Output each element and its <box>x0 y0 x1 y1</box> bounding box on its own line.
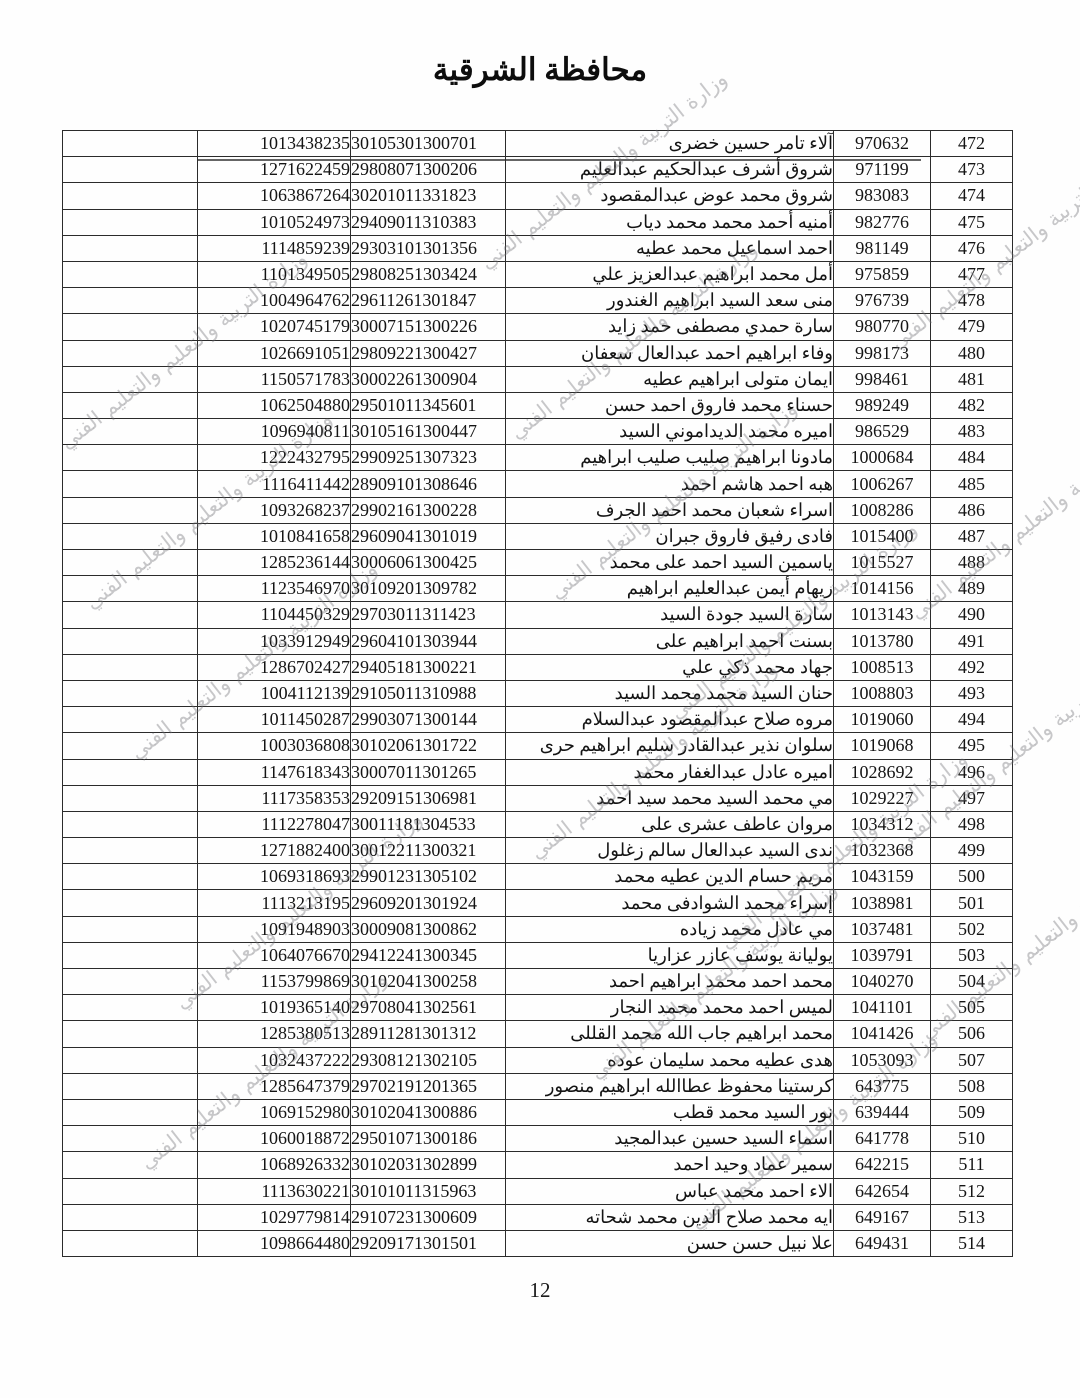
code-cell: 1014156 <box>834 576 931 602</box>
code-cell: 981149 <box>834 235 931 261</box>
code-cell: 1008513 <box>834 654 931 680</box>
national-id-cell: 29209171301501 <box>351 1230 506 1256</box>
name-cell: سمير عماد وحيد احمد <box>506 1152 834 1178</box>
national-id-cell: 30109201309782 <box>351 576 506 602</box>
filler-cell <box>63 235 198 261</box>
code-cell: 1028692 <box>834 759 931 785</box>
serial-cell: 495 <box>931 733 1013 759</box>
serial-cell: 506 <box>931 1021 1013 1047</box>
serial-cell: 497 <box>931 785 1013 811</box>
number-cell: 1069152980 <box>198 1099 351 1125</box>
serial-cell: 474 <box>931 183 1013 209</box>
filler-cell <box>63 1178 198 1204</box>
filler-cell <box>63 707 198 733</box>
serial-cell: 514 <box>931 1230 1013 1256</box>
table-row: 101084165829609041301019فادى رفيق فاروق … <box>63 523 1013 549</box>
table-row: 115057178330002261300904ايمان متولى ابرا… <box>63 366 1013 392</box>
table-row: 128538051328911281301312محمد ابراهيم جاب… <box>63 1021 1013 1047</box>
national-id-cell: 29405181300221 <box>351 654 506 680</box>
number-cell: 1114859239 <box>198 235 351 261</box>
name-cell: مي عادل محمد زياده <box>506 916 834 942</box>
table-row: 110445032929703011311423سارة السيد جودة … <box>63 602 1013 628</box>
serial-cell: 489 <box>931 576 1013 602</box>
code-cell: 975859 <box>834 261 931 287</box>
filler-cell <box>63 654 198 680</box>
number-cell: 1098664480 <box>198 1230 351 1256</box>
table-row: 128564737929702191201365كرستينا محفوظ عط… <box>63 1073 1013 1099</box>
filler-cell <box>63 733 198 759</box>
table-row: 111735835329209151306981مي محمد السيد مح… <box>63 785 1013 811</box>
serial-cell: 492 <box>931 654 1013 680</box>
number-cell: 1123546970 <box>198 576 351 602</box>
name-cell: إسراء محمد الشوادفى محمد <box>506 890 834 916</box>
name-cell: اسراء شعبان محمد احمد الجرف <box>506 497 834 523</box>
filler-cell <box>63 1073 198 1099</box>
table-row: 111485923929303101301356احمد اسماعيل محم… <box>63 235 1013 261</box>
filler-cell <box>63 759 198 785</box>
national-id-cell: 29902161300228 <box>351 497 506 523</box>
national-id-cell: 29808071300206 <box>351 157 506 183</box>
serial-cell: 480 <box>931 340 1013 366</box>
name-cell: علا نبيل حسن حسن <box>506 1230 834 1256</box>
national-id-cell: 29903071300144 <box>351 707 506 733</box>
number-cell: 1020745179 <box>198 314 351 340</box>
name-cell: شروق محمد عوض عبدالمقصود <box>506 183 834 209</box>
national-id-cell: 29611261301847 <box>351 288 506 314</box>
code-cell: 1053093 <box>834 1047 931 1073</box>
name-cell: احمد اسماعيل محمد عطيه <box>506 235 834 261</box>
name-cell: منى سعد السيد ابراهيم الغندور <box>506 288 834 314</box>
filler-cell <box>63 1230 198 1256</box>
number-cell: 1069318693 <box>198 864 351 890</box>
name-cell: مي محمد السيد محمد سيد احمد <box>506 785 834 811</box>
national-id-cell: 30102041300886 <box>351 1099 506 1125</box>
number-cell: 1093268237 <box>198 497 351 523</box>
national-id-cell: 30102031302899 <box>351 1152 506 1178</box>
national-id-cell: 29609201301924 <box>351 890 506 916</box>
number-cell: 1113630221 <box>198 1178 351 1204</box>
number-cell: 1013438235 <box>198 131 351 157</box>
serial-cell: 498 <box>931 811 1013 837</box>
national-id-cell: 28911281301312 <box>351 1021 506 1047</box>
table-row: 101936514029708041302561لميس احمد محمد م… <box>63 995 1013 1021</box>
filler-cell <box>63 1021 198 1047</box>
national-id-cell: 30102061301722 <box>351 733 506 759</box>
number-cell: 1063867264 <box>198 183 351 209</box>
code-cell: 980770 <box>834 314 931 340</box>
code-cell: 1013143 <box>834 602 931 628</box>
table-row: 102669105129809221300427وفاء ابراهيم احم… <box>63 340 1013 366</box>
table-row: 106931869329901231305102مريم حسام الدين … <box>63 864 1013 890</box>
table-row: 106407667029412241300345يوليانة يوسف عاز… <box>63 942 1013 968</box>
number-cell: 1116411442 <box>198 471 351 497</box>
serial-cell: 496 <box>931 759 1013 785</box>
serial-cell: 503 <box>931 942 1013 968</box>
national-id-cell: 30009081300862 <box>351 916 506 942</box>
serial-cell: 504 <box>931 969 1013 995</box>
table-row: 128523614430006061300425ياسمين السيد احم… <box>63 550 1013 576</box>
filler-cell <box>63 471 198 497</box>
name-cell: محمد احمد محمد ابراهيم احمد <box>506 969 834 995</box>
serial-cell: 488 <box>931 550 1013 576</box>
number-cell: 1271882400 <box>198 838 351 864</box>
code-cell: 642654 <box>834 1178 931 1204</box>
filler-cell <box>63 340 198 366</box>
name-cell: جهاد محمد ذكي علي <box>506 654 834 680</box>
table-row: 103243722229308121302105هدى عطيه محمد سل… <box>63 1047 1013 1073</box>
name-cell: ريهام أيمن عبدالعليم ابراهيم <box>506 576 834 602</box>
table-row: 106386726430201011331823شروق محمد عوض عب… <box>63 183 1013 209</box>
serial-cell: 482 <box>931 392 1013 418</box>
serial-cell: 499 <box>931 838 1013 864</box>
number-cell: 1096940811 <box>198 419 351 445</box>
filler-cell <box>63 183 198 209</box>
filler-cell <box>63 1047 198 1073</box>
name-cell: لميس احمد محمد محمد النجار <box>506 995 834 1021</box>
code-cell: 639444 <box>834 1099 931 1125</box>
name-cell: ايمان متولى ابراهيم عطيه <box>506 366 834 392</box>
code-cell: 982776 <box>834 209 931 235</box>
code-cell: 1038981 <box>834 890 931 916</box>
code-cell: 641778 <box>834 1126 931 1152</box>
national-id-cell: 30007011301265 <box>351 759 506 785</box>
serial-cell: 494 <box>931 707 1013 733</box>
number-cell: 1068926332 <box>198 1152 351 1178</box>
name-cell: وفاء ابراهيم احمد عبدالعال سعفان <box>506 340 834 366</box>
name-cell: مريم حسام الدين عطيه محمد <box>506 864 834 890</box>
national-id-cell: 30105301300701 <box>351 131 506 157</box>
national-id-cell: 30012211300321 <box>351 838 506 864</box>
code-cell: 1006267 <box>834 471 931 497</box>
filler-cell <box>63 1152 198 1178</box>
code-cell: 1029227 <box>834 785 931 811</box>
filler-cell <box>63 419 198 445</box>
name-cell: حسناء محمد فاروق احمد حسن <box>506 392 834 418</box>
national-id-cell: 30201011331823 <box>351 183 506 209</box>
number-cell: 1271622459 <box>198 157 351 183</box>
table-row: 103391294929604101303944بسنت احمد ابراهي… <box>63 628 1013 654</box>
table-row: 128670242729405181300221جهاد محمد ذكي عل… <box>63 654 1013 680</box>
national-id-cell: 29105011310988 <box>351 680 506 706</box>
serial-cell: 510 <box>931 1126 1013 1152</box>
table-row: 100411213929105011310988حنان السيد محمد … <box>63 680 1013 706</box>
table-row: 112354697030109201309782ريهام أيمن عبدال… <box>63 576 1013 602</box>
code-cell: 643775 <box>834 1073 931 1099</box>
number-cell: 1091948903 <box>198 916 351 942</box>
name-cell: هدى عطيه محمد سليمان عوده <box>506 1047 834 1073</box>
serial-cell: 512 <box>931 1178 1013 1204</box>
table-row: 106915298030102041300886نور السيد محمد ق… <box>63 1099 1013 1125</box>
filler-cell <box>63 1126 198 1152</box>
national-id-cell: 29809221300427 <box>351 340 506 366</box>
number-cell: 1286702427 <box>198 654 351 680</box>
serial-cell: 483 <box>931 419 1013 445</box>
national-id-cell: 29703011311423 <box>351 602 506 628</box>
national-id-cell: 29708041302561 <box>351 995 506 1021</box>
serial-cell: 485 <box>931 471 1013 497</box>
table-row: 111641144228909101308646هبه احمد هاشم اح… <box>63 471 1013 497</box>
national-id-cell: 29303101301356 <box>351 235 506 261</box>
number-cell: 1150571783 <box>198 366 351 392</box>
national-id-cell: 29412241300345 <box>351 942 506 968</box>
name-cell: كرستينا محفوظ عطاالله ابراهيم منصور <box>506 1073 834 1099</box>
name-cell: فادى رفيق فاروق جبران <box>506 523 834 549</box>
table-row: 101343823530105301300701آلاء تامر حسين خ… <box>63 131 1013 157</box>
table-row: 106892633230102031302899سمير عماد وحيد ا… <box>63 1152 1013 1178</box>
filler-cell <box>63 576 198 602</box>
filler-cell <box>63 916 198 942</box>
filler-cell <box>63 445 198 471</box>
serial-cell: 491 <box>931 628 1013 654</box>
national-id-cell: 28909101308646 <box>351 471 506 497</box>
table-row: 102977981429107231300609ايه محمد صلاح ال… <box>63 1204 1013 1230</box>
serial-cell: 507 <box>931 1047 1013 1073</box>
filler-cell <box>63 550 198 576</box>
name-cell: اسماء السيد حسين عبدالمجيد <box>506 1126 834 1152</box>
national-id-cell: 30102041300258 <box>351 969 506 995</box>
filler-cell <box>63 497 198 523</box>
filler-cell <box>63 942 198 968</box>
code-cell: 1039791 <box>834 942 931 968</box>
table-row: 122243279529909251307323مادونا ابراهيم ص… <box>63 445 1013 471</box>
number-cell: 1003036808 <box>198 733 351 759</box>
name-cell: مادونا ابراهيم صليب صليب ابراهيم <box>506 445 834 471</box>
code-cell: 998173 <box>834 340 931 366</box>
code-cell: 1032368 <box>834 838 931 864</box>
national-id-cell: 30011181304533 <box>351 811 506 837</box>
code-cell: 970632 <box>834 131 931 157</box>
number-cell: 1104450329 <box>198 602 351 628</box>
number-cell: 1117358353 <box>198 785 351 811</box>
number-cell: 1032437222 <box>198 1047 351 1073</box>
name-cell: اميره محمد الديداموني السيد <box>506 419 834 445</box>
number-cell: 1285380513 <box>198 1021 351 1047</box>
name-cell: آلاء تامر حسين خضرى <box>506 131 834 157</box>
code-cell: 986529 <box>834 419 931 445</box>
code-cell: 649167 <box>834 1204 931 1230</box>
code-cell: 1015527 <box>834 550 931 576</box>
national-id-cell: 29501071300186 <box>351 1126 506 1152</box>
national-id-cell: 29107231300609 <box>351 1204 506 1230</box>
name-cell: محمد ابراهيم جاب الله محمد القللى <box>506 1021 834 1047</box>
table-row: 111363022130101011315963الاء احمد محمد ع… <box>63 1178 1013 1204</box>
table-row: 109194890330009081300862مي عادل محمد زيا… <box>63 916 1013 942</box>
code-cell: 1015400 <box>834 523 931 549</box>
national-id-cell: 29702191201365 <box>351 1073 506 1099</box>
serial-cell: 477 <box>931 261 1013 287</box>
filler-cell <box>63 995 198 1021</box>
table-row: 109326823729902161300228اسراء شعبان محمد… <box>63 497 1013 523</box>
records-table: 101343823530105301300701آلاء تامر حسين خ… <box>62 130 1013 1257</box>
serial-cell: 481 <box>931 366 1013 392</box>
name-cell: ياسمين السيد احمد على محمد <box>506 550 834 576</box>
code-cell: 1019060 <box>834 707 931 733</box>
number-cell: 1062504880 <box>198 392 351 418</box>
table-row: 101145028729903071300144مروه صلاح عبدالم… <box>63 707 1013 733</box>
serial-cell: 484 <box>931 445 1013 471</box>
table-row: 127188240030012211300321ندى السيد عبدالع… <box>63 838 1013 864</box>
national-id-cell: 29609041301019 <box>351 523 506 549</box>
number-cell: 1004112139 <box>198 680 351 706</box>
name-cell: أمل محمد ابراهيم عبدالعزيز علي <box>506 261 834 287</box>
filler-cell <box>63 131 198 157</box>
number-cell: 1113213195 <box>198 890 351 916</box>
serial-cell: 476 <box>931 235 1013 261</box>
filler-cell <box>63 838 198 864</box>
serial-cell: 505 <box>931 995 1013 1021</box>
page-title: محافظة الشرقية <box>0 52 1080 88</box>
filler-cell <box>63 785 198 811</box>
national-id-cell: 29501011345601 <box>351 392 506 418</box>
table-row: 111227804730011181304533مروان عاطف عشرى … <box>63 811 1013 837</box>
serial-cell: 486 <box>931 497 1013 523</box>
code-cell: 1037481 <box>834 916 931 942</box>
table-row: 102074517930007151300226سارة حمدي مصطفى … <box>63 314 1013 340</box>
number-cell: 1033912949 <box>198 628 351 654</box>
code-cell: 1041101 <box>834 995 931 1021</box>
code-cell: 1013780 <box>834 628 931 654</box>
table-row: 127162245929808071300206شروق أشرف عبدالح… <box>63 157 1013 183</box>
serial-cell: 475 <box>931 209 1013 235</box>
name-cell: هبه احمد هاشم احمد <box>506 471 834 497</box>
name-cell: ايه محمد صلاح الدين محمد شحاته <box>506 1204 834 1230</box>
name-cell: مروه صلاح عبدالمقصود عبدالسلام <box>506 707 834 733</box>
filler-cell <box>63 969 198 995</box>
name-cell: نور السيد محمد قطب <box>506 1099 834 1125</box>
serial-cell: 473 <box>931 157 1013 183</box>
filler-cell <box>63 209 198 235</box>
national-id-cell: 29808251303424 <box>351 261 506 287</box>
serial-cell: 500 <box>931 864 1013 890</box>
code-cell: 976739 <box>834 288 931 314</box>
name-cell: سارة حمدي مصطفى حمد زايد <box>506 314 834 340</box>
serial-cell: 487 <box>931 523 1013 549</box>
national-id-cell: 30105161300447 <box>351 419 506 445</box>
number-cell: 1064076670 <box>198 942 351 968</box>
serial-cell: 493 <box>931 680 1013 706</box>
filler-cell <box>63 392 198 418</box>
name-cell: مروان عاطف عشرى على <box>506 811 834 837</box>
number-cell: 1029779814 <box>198 1204 351 1230</box>
filler-cell <box>63 366 198 392</box>
name-cell: سلوان نذير عبدالقادر سليم ابراهيم حرى <box>506 733 834 759</box>
records-table-body: 101343823530105301300701آلاء تامر حسين خ… <box>63 131 1013 1257</box>
filler-cell <box>63 288 198 314</box>
code-cell: 1040270 <box>834 969 931 995</box>
code-cell: 1043159 <box>834 864 931 890</box>
code-cell: 998461 <box>834 366 931 392</box>
serial-cell: 502 <box>931 916 1013 942</box>
code-cell: 971199 <box>834 157 931 183</box>
table-row: 109694081130105161300447اميره محمد الديد… <box>63 419 1013 445</box>
number-cell: 1019365140 <box>198 995 351 1021</box>
code-cell: 989249 <box>834 392 931 418</box>
national-id-cell: 29209151306981 <box>351 785 506 811</box>
number-cell: 1010524973 <box>198 209 351 235</box>
code-cell: 649431 <box>834 1230 931 1256</box>
table-row: 100496476229611261301847منى سعد السيد اب… <box>63 288 1013 314</box>
name-cell: ندى السيد عبدالعال سالم زغلول <box>506 838 834 864</box>
name-cell: شروق أشرف عبدالحكيم عبدالعليم <box>506 157 834 183</box>
national-id-cell: 29409011310383 <box>351 209 506 235</box>
number-cell: 1285236144 <box>198 550 351 576</box>
number-cell: 1222432795 <box>198 445 351 471</box>
number-cell: 1147618343 <box>198 759 351 785</box>
code-cell: 1008803 <box>834 680 931 706</box>
national-id-cell: 30007151300226 <box>351 314 506 340</box>
filler-cell <box>63 811 198 837</box>
number-cell: 1101349505 <box>198 261 351 287</box>
filler-cell <box>63 314 198 340</box>
code-cell: 1019068 <box>834 733 931 759</box>
number-cell: 1153799869 <box>198 969 351 995</box>
name-cell: حنان السيد محمد محمد السيد <box>506 680 834 706</box>
number-cell: 1011450287 <box>198 707 351 733</box>
national-id-cell: 29901231305102 <box>351 864 506 890</box>
table-row: 106250488029501011345601حسناء محمد فاروق… <box>63 392 1013 418</box>
name-cell: يوليانة يوسف عازر عزاريا <box>506 942 834 968</box>
national-id-cell: 29308121302105 <box>351 1047 506 1073</box>
number-cell: 1285647379 <box>198 1073 351 1099</box>
name-cell: سارة السيد جودة السيد <box>506 602 834 628</box>
serial-cell: 513 <box>931 1204 1013 1230</box>
table-row: 115379986930102041300258محمد احمد محمد ا… <box>63 969 1013 995</box>
serial-cell: 478 <box>931 288 1013 314</box>
serial-cell: 479 <box>931 314 1013 340</box>
filler-cell <box>63 1204 198 1230</box>
serial-cell: 472 <box>931 131 1013 157</box>
number-cell: 1112278047 <box>198 811 351 837</box>
filler-cell <box>63 628 198 654</box>
code-cell: 642215 <box>834 1152 931 1178</box>
number-cell: 1010841658 <box>198 523 351 549</box>
code-cell: 1008286 <box>834 497 931 523</box>
filler-cell <box>63 890 198 916</box>
filler-cell <box>63 157 198 183</box>
code-cell: 983083 <box>834 183 931 209</box>
table-row: 114761834330007011301265اميره عادل عبدال… <box>63 759 1013 785</box>
serial-cell: 511 <box>931 1152 1013 1178</box>
table-row: 109866448029209171301501علا نبيل حسن حسن… <box>63 1230 1013 1256</box>
filler-cell <box>63 261 198 287</box>
code-cell: 1000684 <box>834 445 931 471</box>
table-row: 111321319529609201301924إسراء محمد الشوا… <box>63 890 1013 916</box>
serial-cell: 508 <box>931 1073 1013 1099</box>
name-cell: الاء احمد محمد عباس <box>506 1178 834 1204</box>
code-cell: 1041426 <box>834 1021 931 1047</box>
national-id-cell: 29604101303944 <box>351 628 506 654</box>
national-id-cell: 30101011315963 <box>351 1178 506 1204</box>
code-cell: 1034312 <box>834 811 931 837</box>
number-cell: 1004964762 <box>198 288 351 314</box>
filler-cell <box>63 602 198 628</box>
table-row: 101052497329409011310383أمنيه أحمد محمد … <box>63 209 1013 235</box>
filler-cell <box>63 680 198 706</box>
table-row: 110134950529808251303424أمل محمد ابراهيم… <box>63 261 1013 287</box>
page-number: 12 <box>0 1278 1080 1303</box>
serial-cell: 509 <box>931 1099 1013 1125</box>
name-cell: اميره عادل عبدالغفار محمد <box>506 759 834 785</box>
scanned-document-page: محافظة الشرقية 101343823530105301300701آ… <box>0 0 1080 1398</box>
filler-cell <box>63 1099 198 1125</box>
number-cell: 1060018872 <box>198 1126 351 1152</box>
serial-cell: 490 <box>931 602 1013 628</box>
number-cell: 1026691051 <box>198 340 351 366</box>
filler-cell <box>63 523 198 549</box>
national-id-cell: 30002261300904 <box>351 366 506 392</box>
table-row: 106001887229501071300186اسماء السيد حسين… <box>63 1126 1013 1152</box>
name-cell: أمنيه أحمد محمد محمد دياب <box>506 209 834 235</box>
